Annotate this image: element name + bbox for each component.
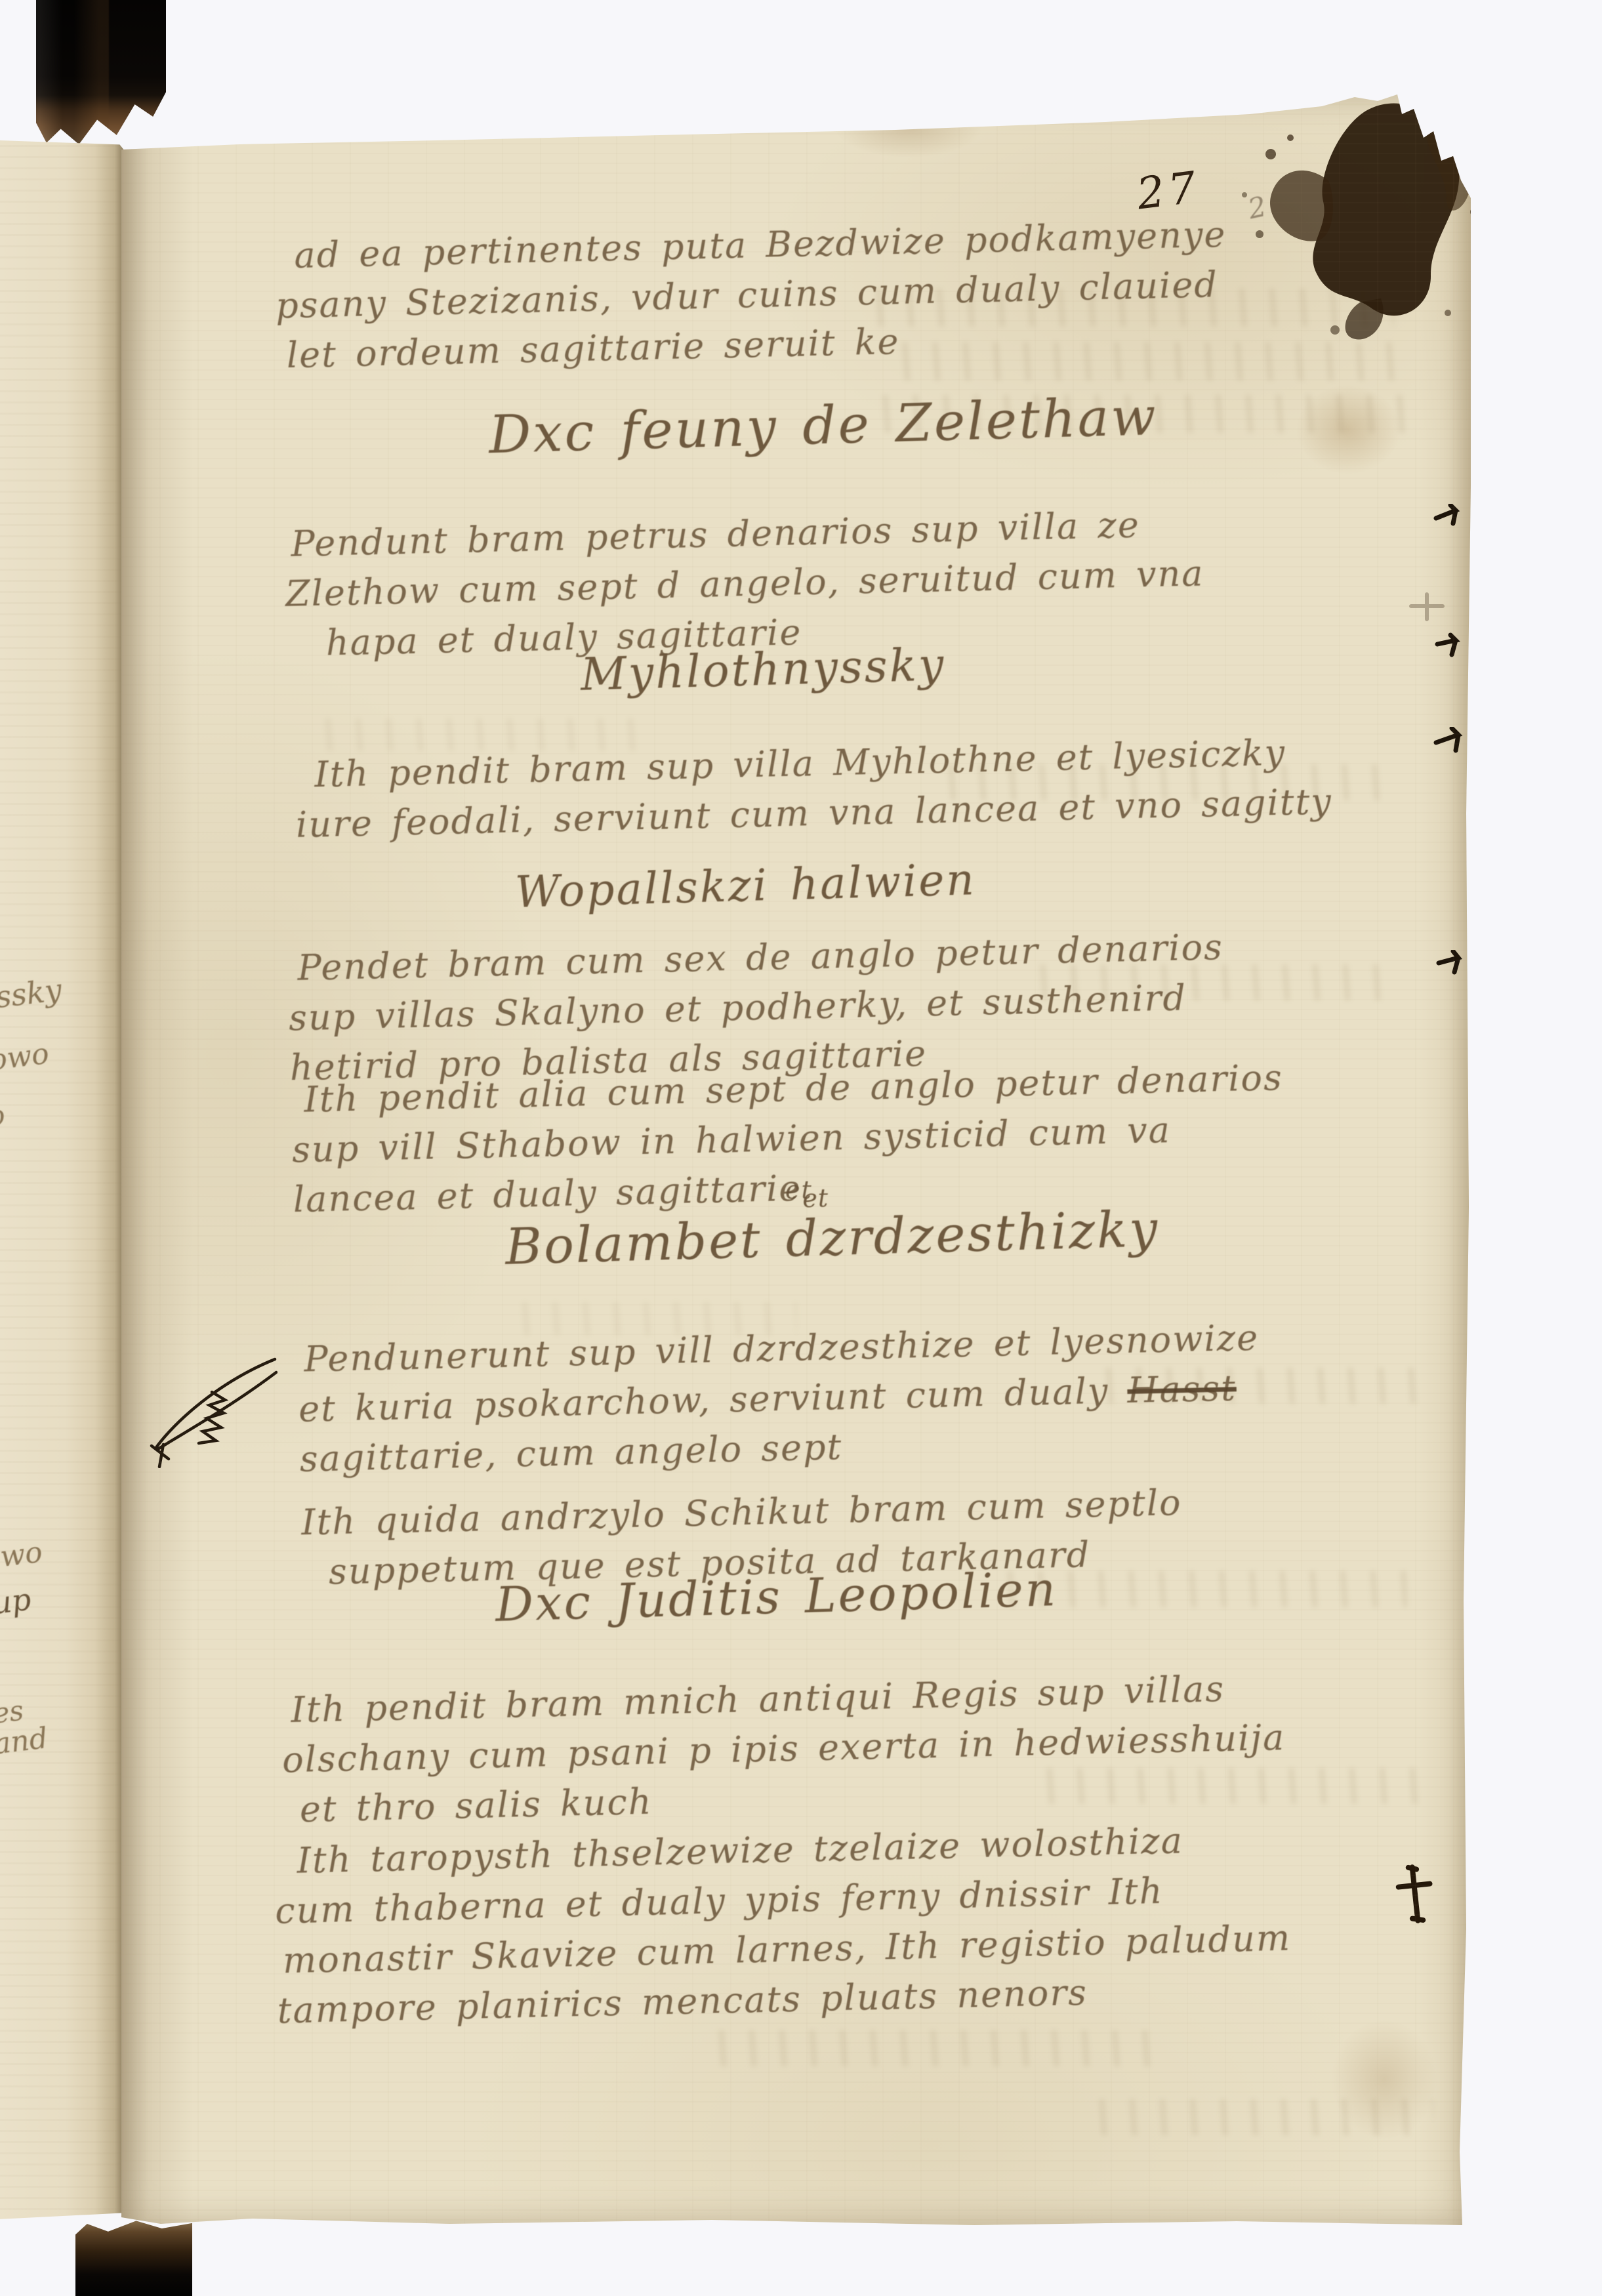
previous-page-edge: essky owo o owo up ies and [0, 140, 125, 2221]
gutter-fragment: owo [0, 1536, 44, 1576]
section-heading-wopallskzi: Wopallskzi halwien [514, 854, 977, 918]
cross-mark-icon [1395, 1863, 1435, 1925]
section-heading-myhlothnyssky: Myhlothnyssky [580, 639, 946, 701]
margin-tick-icon [1435, 632, 1466, 659]
gutter-fragment: o [0, 1099, 7, 1133]
ink-blot [1230, 75, 1486, 358]
margin-cross-faint-icon [1407, 592, 1447, 622]
struck-word: Hasst [1127, 1367, 1237, 1411]
feather-icon [146, 1350, 277, 1468]
margin-tick-icon [1436, 950, 1468, 976]
paragraph-2: Pendunt bram petrus denarios sup villa z… [284, 499, 1206, 669]
paragraph-6: Pendunerunt sup vill dzrdzesthize et lye… [297, 1313, 1262, 1484]
gutter-fragment: essky [0, 972, 64, 1017]
paper-stain [1276, 367, 1420, 492]
paragraph-9: Ith taropysth thselzewize tzelaize wolos… [274, 1813, 1293, 2036]
gutter-fragment: owo [0, 1037, 51, 1078]
binding-strap-bottom [75, 2219, 192, 2296]
manuscript-page: 27 2 ad ea pertinentes puta Bezdwize pod… [121, 92, 1471, 2230]
bleedthrough-text [712, 2030, 1171, 2066]
bleedthrough-text [1092, 2099, 1433, 2135]
gutter-fragment: ies [0, 1694, 26, 1731]
paragraph-8: Ith pendit bram mnich antiqui Regis sup … [281, 1663, 1287, 1835]
superscript-insertion: et [802, 1183, 829, 1213]
binding-strap-top [36, 0, 166, 154]
paragraph-3: Ith pendit bram sup villa Myhlothne et l… [294, 727, 1332, 850]
paragraph-1: ad ea pertinentes puta Bezdwize podkamye… [274, 210, 1229, 381]
scanned-manuscript-page: essky owo o owo up ies and 27 2 [0, 0, 1602, 2296]
paper-stain [1309, 1994, 1460, 2165]
paper-stain [804, 85, 1014, 171]
gutter-fragment: up [0, 1582, 33, 1622]
section-heading-zelethaw: Dxc feuny de Zelethaw [488, 386, 1159, 465]
gutter-fragment: and [0, 1721, 50, 1761]
margin-tick-icon [1433, 727, 1468, 754]
margin-tick-icon [1433, 504, 1465, 527]
